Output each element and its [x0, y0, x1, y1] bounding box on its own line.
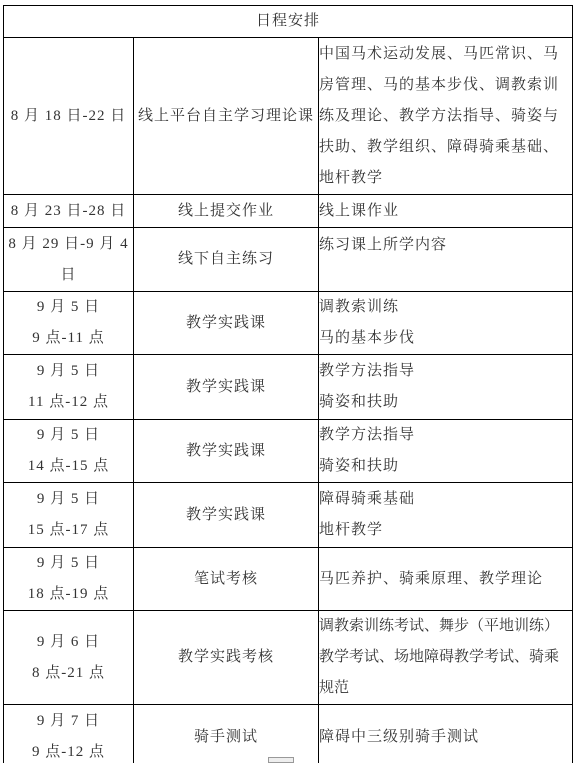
- table-row: 9 月 5 日11 点-12 点 教学实践课 教学方法指导骑姿和扶助: [4, 355, 573, 420]
- table-row: 9 月 6 日8 点-21 点 教学实践考核 调教索训练考试、舞步（平地训练）教…: [4, 611, 573, 705]
- date-line: 9 月 5 日: [4, 356, 133, 387]
- date-cell: 9 月 7 日9 点-12 点: [4, 705, 134, 763]
- content-line: 教学方法指导: [319, 356, 572, 387]
- table-row: 9 月 5 日15 点-17 点 教学实践课 障碍骑乘基础地杆教学: [4, 483, 573, 548]
- content-cell: 障碍骑乘基础地杆教学: [319, 483, 573, 548]
- date-line: 9 点-11 点: [4, 323, 133, 354]
- content-cell: 教学方法指导骑姿和扶助: [319, 355, 573, 420]
- date-line: 11 点-12 点: [4, 387, 133, 418]
- table-row: 8 月 23 日-28 日 线上提交作业 线上课作业: [4, 195, 573, 228]
- date-line: 15 点-17 点: [4, 515, 133, 546]
- content-line: 骑姿和扶助: [319, 451, 572, 482]
- date-line: 18 点-19 点: [4, 579, 133, 610]
- table-row: 9 月 7 日9 点-12 点 骑手测试 障碍中三级别骑手测试: [4, 705, 573, 763]
- content-cell: 中国马术运动发展、马匹常识、马房管理、马的基本步伐、调教索训练及理论、教学方法指…: [319, 38, 573, 195]
- content-cell: 调教索训练考试、舞步（平地训练）教学考试、场地障碍教学考试、骑乘规范: [319, 611, 573, 705]
- date-cell: 8 月 18 日-22 日: [4, 38, 134, 195]
- content-line: 调教索训练考试、舞步（平地训练）教学考试、场地障碍教学考试、骑乘规范: [319, 611, 572, 704]
- activity-cell: 教学实践课: [134, 355, 319, 420]
- content-cell: 障碍中三级别骑手测试: [319, 705, 573, 763]
- title-row: 日程安排: [4, 6, 573, 38]
- date-cell: 9 月 5 日15 点-17 点: [4, 483, 134, 548]
- content-cell: 线上课作业: [319, 195, 573, 228]
- date-cell: 9 月 5 日18 点-19 点: [4, 548, 134, 611]
- table-row: 9 月 5 日14 点-15 点 教学实践课 教学方法指导骑姿和扶助: [4, 420, 573, 483]
- date-line: 9 月 5 日: [4, 484, 133, 515]
- activity-cell: 骑手测试: [134, 705, 319, 763]
- content-line: 练习课上所学内容: [319, 230, 572, 261]
- date-line: 8 月 18 日-22 日: [4, 101, 133, 132]
- date-cell: 8 月 23 日-28 日: [4, 195, 134, 228]
- date-line: 日: [4, 260, 133, 291]
- content-line: 马匹养护、骑乘原理、教学理论: [319, 564, 572, 595]
- activity-cell: 教学实践考核: [134, 611, 319, 705]
- content-cell: 马匹养护、骑乘原理、教学理论: [319, 548, 573, 611]
- content-line: 教学方法指导: [319, 420, 572, 451]
- date-line: 9 月 5 日: [4, 292, 133, 323]
- scroll-artifact: [268, 757, 294, 763]
- date-cell: 9 月 6 日8 点-21 点: [4, 611, 134, 705]
- content-line: 中国马术运动发展、马匹常识、马房管理、马的基本步伐、调教索训练及理论、教学方法指…: [319, 39, 572, 194]
- schedule-table: 日程安排 8 月 18 日-22 日 线上平台自主学习理论课 中国马术运动发展、…: [3, 5, 573, 763]
- date-line: 8 点-21 点: [4, 658, 133, 689]
- activity-cell: 教学实践课: [134, 420, 319, 483]
- schedule-rows: 8 月 18 日-22 日 线上平台自主学习理论课 中国马术运动发展、马匹常识、…: [4, 38, 573, 763]
- activity-cell: 线下自主练习: [134, 228, 319, 292]
- date-cell: 9 月 5 日11 点-12 点: [4, 355, 134, 420]
- content-line: 骑姿和扶助: [319, 387, 572, 418]
- date-line: 14 点-15 点: [4, 451, 133, 482]
- date-cell: 9 月 5 日14 点-15 点: [4, 420, 134, 483]
- date-line: 9 月 5 日: [4, 420, 133, 451]
- date-cell: 9 月 5 日9 点-11 点: [4, 292, 134, 355]
- activity-cell: 线上平台自主学习理论课: [134, 38, 319, 195]
- content-cell: 调教索训练马的基本步伐: [319, 292, 573, 355]
- table-title: 日程安排: [4, 6, 573, 38]
- content-line: 调教索训练: [319, 292, 572, 323]
- content-cell: 教学方法指导骑姿和扶助: [319, 420, 573, 483]
- content-line: 障碍中三级别骑手测试: [319, 722, 572, 753]
- date-line: 9 月 5 日: [4, 548, 133, 579]
- content-cell: 练习课上所学内容: [319, 228, 573, 292]
- table-row: 9 月 5 日9 点-11 点 教学实践课 调教索训练马的基本步伐: [4, 292, 573, 355]
- content-line: 马的基本步伐: [319, 323, 572, 354]
- activity-cell: 线上提交作业: [134, 195, 319, 228]
- document-page: 日程安排 8 月 18 日-22 日 线上平台自主学习理论课 中国马术运动发展、…: [0, 0, 578, 763]
- activity-cell: 笔试考核: [134, 548, 319, 611]
- date-line: 9 月 7 日: [4, 706, 133, 737]
- activity-cell: 教学实践课: [134, 292, 319, 355]
- date-line: 9 点-12 点: [4, 737, 133, 763]
- content-line: 障碍骑乘基础: [319, 484, 572, 515]
- content-line: 地杆教学: [319, 515, 572, 546]
- table-row: 9 月 5 日18 点-19 点 笔试考核 马匹养护、骑乘原理、教学理论: [4, 548, 573, 611]
- schedule-header: 日程安排: [4, 6, 573, 38]
- content-line: 线上课作业: [319, 196, 572, 227]
- date-cell: 8 月 29 日-9 月 4日: [4, 228, 134, 292]
- date-line: 8 月 29 日-9 月 4: [4, 229, 133, 260]
- activity-cell: 教学实践课: [134, 483, 319, 548]
- table-row: 8 月 29 日-9 月 4日 线下自主练习 练习课上所学内容: [4, 228, 573, 292]
- date-line: 8 月 23 日-28 日: [4, 196, 133, 227]
- date-line: 9 月 6 日: [4, 627, 133, 658]
- table-row: 8 月 18 日-22 日 线上平台自主学习理论课 中国马术运动发展、马匹常识、…: [4, 38, 573, 195]
